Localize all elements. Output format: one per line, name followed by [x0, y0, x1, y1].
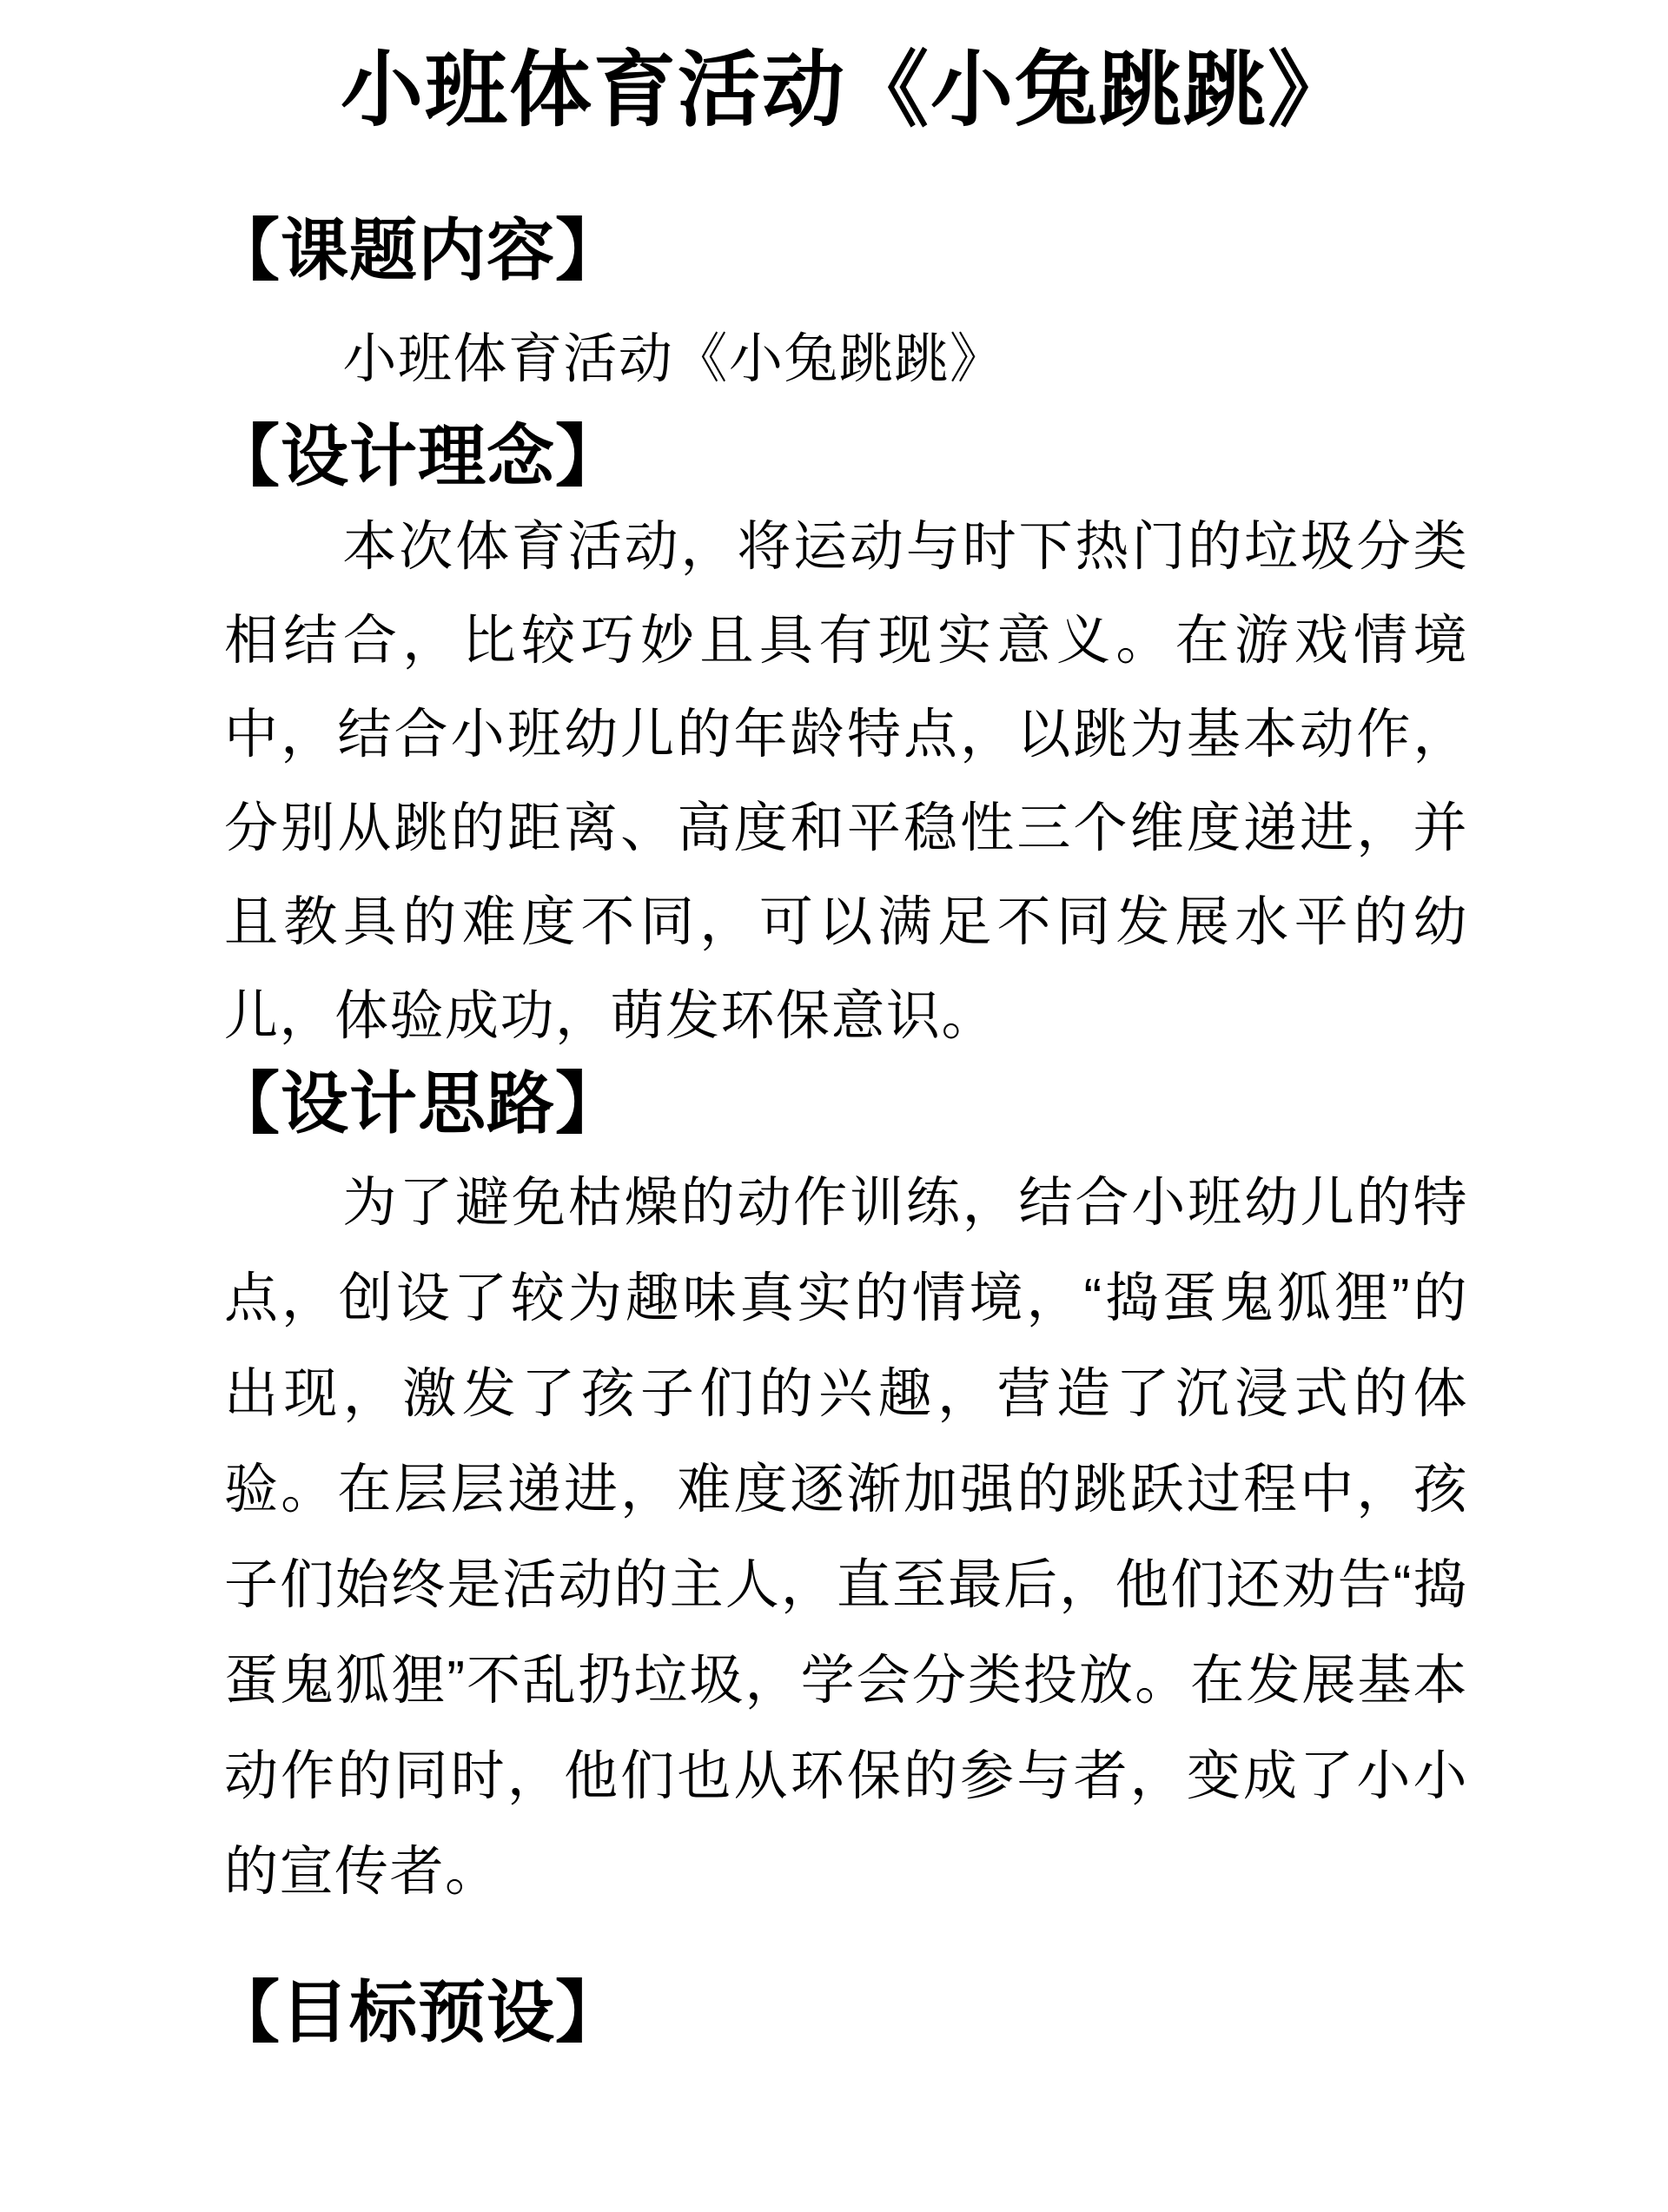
section-heading-keti-neirong: 【课题内容】 [212, 210, 1468, 290]
paragraph-sheji-silu: 为了避免枯燥的动作训练，结合小班幼儿的特点，创设了较为趣味真实的情境，“捣蛋鬼狐… [224, 1156, 1468, 1920]
section-heading-sheji-linian: 【设计理念】 [212, 416, 1468, 496]
document-page: 小班体育活动《小兔跳跳》 【课题内容】 小班体育活动《小兔跳跳》 【设计理念】 … [0, 0, 1668, 2212]
section-heading-mubiao-yushe: 【目标预设】 [212, 1972, 1468, 2052]
section-heading-sheji-silu: 【设计思路】 [212, 1063, 1468, 1143]
paragraph-sheji-linian: 本次体育活动，将运动与时下热门的垃圾分类相结合，比较巧妙且具有现实意义。在游戏情… [224, 500, 1468, 1063]
document-title: 小班体育活动《小兔跳跳》 [224, 42, 1468, 139]
paragraph-keti-neirong: 小班体育活动《小兔跳跳》 [224, 312, 1468, 407]
